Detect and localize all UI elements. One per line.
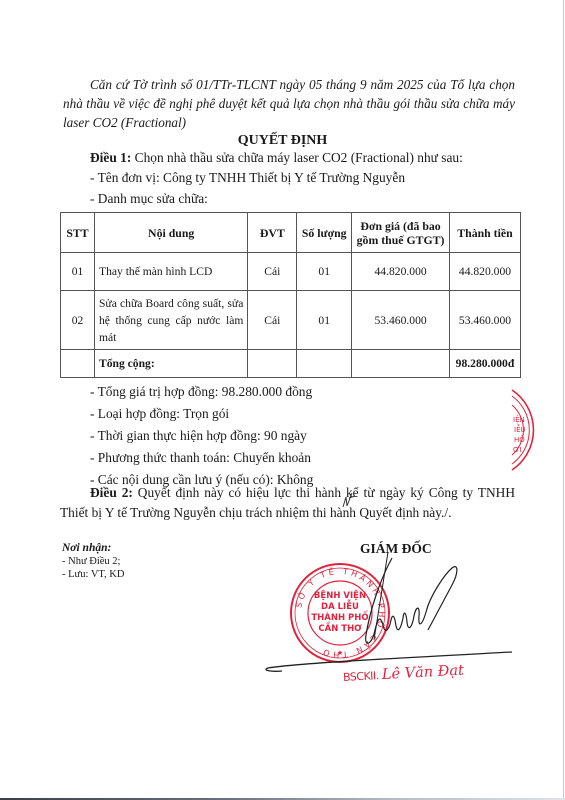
table-header-row: STT Nội dung ĐVT Số lượng Đơn giá (đã ba… [61,213,521,253]
svg-text:BỆNH VIỆN: BỆNH VIỆN [314,590,366,601]
cell-empty [352,350,450,378]
contractor-name: - Tên đơn vị: Công ty TNHH Thiết bị Y tế… [90,170,405,186]
recipients: Nơi nhận: - Như Điều 2; - Lưu: VT, KD [62,542,124,581]
svg-text:THÀNH PHỐ: THÀNH PHỐ [311,610,368,623]
page-edge [563,0,564,800]
payment-method: - Phương thức thanh toán: Chuyển khoản [90,447,313,469]
signer-degree: BSCKII. [343,669,379,684]
article-1-text: Chọn nhà thầu sửa chữa máy laser CO2 (Fr… [131,150,463,165]
total-label: Tổng cộng: [94,350,247,378]
cell-stt: 02 [61,291,95,350]
cell-content: Sửa chữa Board công suất, sửa hệ thống c… [94,291,247,350]
contract-duration: - Thời gian thực hiện hợp đồng: 90 ngày [90,425,313,447]
repair-items-table: STT Nội dung ĐVT Số lượng Đơn giá (đã ba… [60,212,521,378]
signature-icon [366,558,457,643]
cell-quantity: 01 [297,253,352,291]
article-1: Điều 1: Chọn nhà thầu sửa chữa máy laser… [90,150,463,166]
svg-text:DA LIỄU: DA LIỄU [321,599,359,612]
signer-name: BSCKII. Lê Văn Đạt [343,663,465,685]
cell-quantity: 01 [297,291,352,350]
table-row: 02 Sửa chữa Board công suất, sửa hệ thốn… [61,291,521,350]
signature-stroke [374,552,388,640]
cell-unit: Cái [248,291,297,350]
svg-text:★: ★ [337,649,343,657]
signer-title: GIÁM ĐỐC [360,541,432,557]
svg-text:HỐ: HỐ [514,434,525,444]
cell-empty [297,350,352,378]
contract-value: - Tổng giá trị hợp đồng: 98.280.000 đồng [90,381,313,403]
recipient-item: - Lưu: VT, KD [62,568,124,581]
article-2: Điều 2: Quyết định này có hiệu lực thi h… [60,483,515,523]
table-total-row: Tổng cộng: 98.280.000đ [61,350,521,378]
cell-amount: 53.460.000 [449,291,520,350]
total-amount: 98.280.000đ [449,350,520,378]
article-2-label: Điều 2: [90,485,133,500]
cell-unit-price: 44.820.000 [352,253,450,291]
cell-content: Thay thế màn hình LCD [94,253,247,291]
contract-type: - Loại hợp đồng: Trọn gói [90,403,313,425]
svg-text:CẦN THƠ: CẦN THƠ [318,621,362,634]
recipients-heading: Nơi nhận: [62,542,124,555]
document-title: QUYẾT ĐỊNH [0,133,565,149]
contract-terms: - Tổng giá trị hợp đồng: 98.280.000 đồng… [90,381,313,491]
repair-list-label: - Danh mục sửa chữa: [90,191,208,207]
recipient-item: - Như Điều 2; [62,555,124,568]
article-1-label: Điều 1: [90,150,131,165]
svg-text:ƠI: ƠI [513,446,521,454]
header-unit: ĐVT [248,213,297,253]
table-row: 01 Thay thế màn hình LCD Cái 01 44.820.0… [61,253,521,291]
cell-stt: 01 [61,253,95,291]
svg-text:IỆN: IỆN [513,415,525,424]
intro-text: Căn cứ Tờ trình số 01/TTr-TLCNT ngày 05 … [63,77,515,130]
svg-text:IỄU: IỄU [514,424,526,434]
signer-fullname: Lê Văn Đạt [381,663,464,683]
partial-seal-icon: IỆN IỄU HỐ ƠI [512,390,533,470]
header-unit-price: Đơn giá (đã bao gồm thuế GTGT) [352,213,450,253]
header-amount: Thành tiền [449,213,520,253]
official-seal-icon: SỞ Y TẾ THÀNH PHỐ CẦN THƠ BỆNH VIỆN DA L… [291,564,389,662]
header-quantity: Số lượng [297,213,352,253]
cell-amount: 44.820.000 [449,253,520,291]
header-content: Nội dung [94,213,247,253]
cell-unit-price: 53.460.000 [352,291,450,350]
cell-empty [61,350,95,378]
cell-empty [248,350,297,378]
header-stt: STT [61,213,95,253]
intro-paragraph: Căn cứ Tờ trình số 01/TTr-TLCNT ngày 05 … [63,75,515,132]
svg-text:SỞ Y TẾ THÀNH PHỐ CẦN THƠ: SỞ Y TẾ THÀNH PHỐ CẦN THƠ [294,565,388,659]
cell-unit: Cái [248,253,297,291]
